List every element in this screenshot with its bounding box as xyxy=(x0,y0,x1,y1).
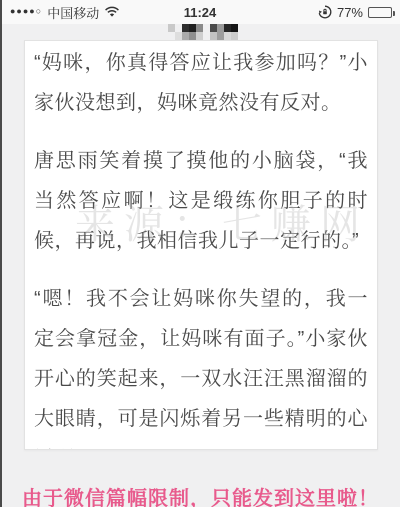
battery-icon xyxy=(368,7,392,18)
screen: ●●●●○ 中国移动 11:24 77% xyxy=(0,0,400,507)
article-paragraph: “妈咪，你真得答应让我参加吗？”小家伙没想到，妈咪竟然没有反对。 xyxy=(34,43,368,123)
battery-percent-label: 77% xyxy=(337,5,363,20)
status-bar-right: 77% xyxy=(318,5,392,20)
status-bar: ●●●●○ 中国移动 11:24 77% xyxy=(0,0,400,24)
status-bar-left: ●●●●○ 中国移动 xyxy=(10,3,120,22)
screen-left-edge xyxy=(0,0,2,507)
carrier-label: 中国移动 xyxy=(47,3,99,22)
wechat-limit-notice: 由于微信篇幅限制，只能发到这里啦！ xyxy=(22,482,400,507)
wifi-icon xyxy=(104,6,120,18)
article-paragraph: 唐思雨笑着摸了摸他的小脑袋，“我当然答应啊！这是缎练你胆子的时候，再说，我相信我… xyxy=(34,141,368,261)
cellular-signal-icon: ●●●●○ xyxy=(10,6,42,16)
censored-title-mosaic xyxy=(168,24,238,40)
battery-nub xyxy=(393,11,395,16)
orientation-lock-icon xyxy=(318,5,332,19)
article-paragraph: “嗯！我不会让妈咪你失望的，我一定会拿冠金，让妈咪有面子。”小家伙开心的笑起来，… xyxy=(34,279,368,450)
article-card: “妈咪，你真得答应让我参加吗？”小家伙没想到，妈咪竟然没有反对。 唐思雨笑着摸了… xyxy=(24,40,378,450)
